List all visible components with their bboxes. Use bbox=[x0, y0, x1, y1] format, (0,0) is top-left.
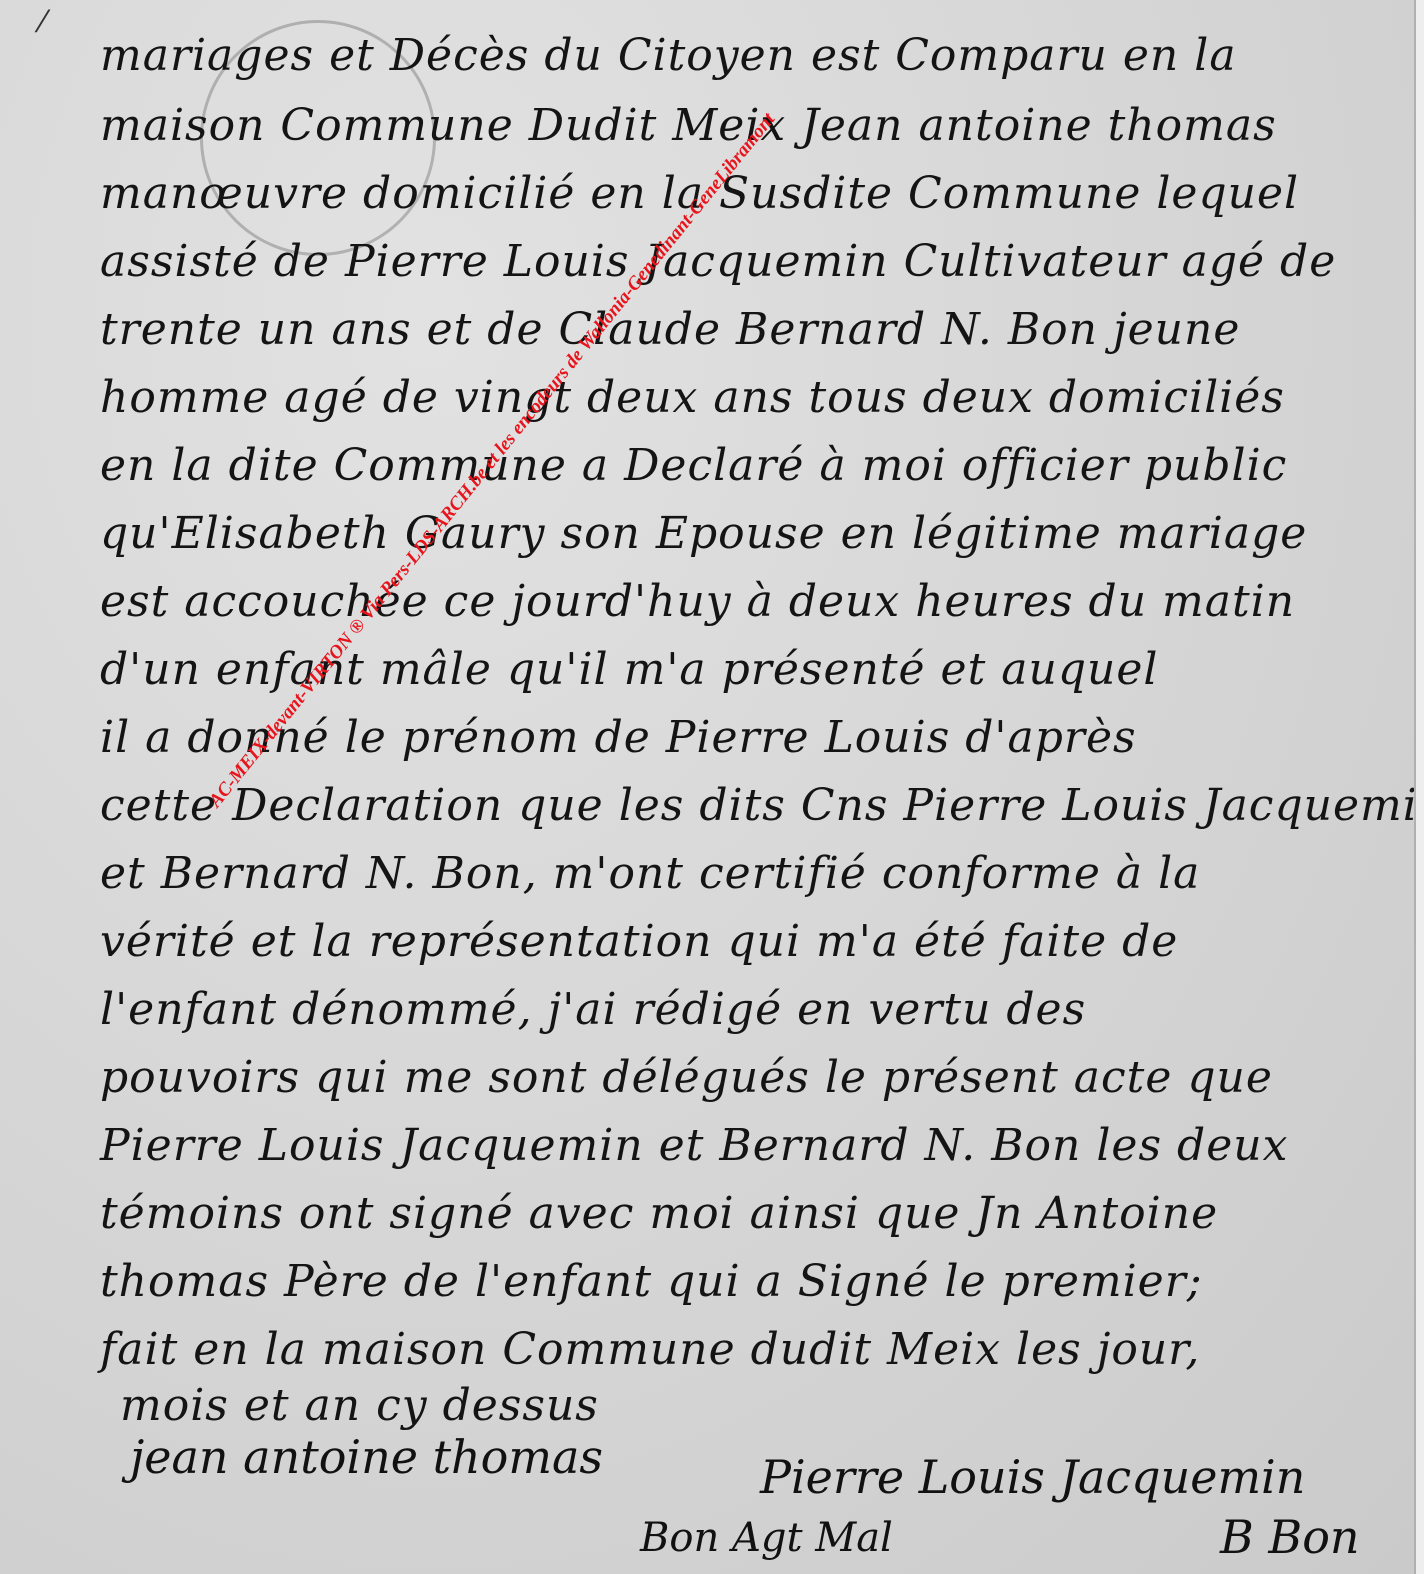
text-line-8: qu'Elisabeth Gaury son Epouse en légitim… bbox=[100, 508, 1307, 559]
text-line-1: mariages et Décès du Citoyen est Comparu… bbox=[100, 30, 1237, 81]
text-line-5: trente un ans et de Claude Bernard N. Bo… bbox=[100, 304, 1240, 355]
text-line-9: est accouchée ce jourd'huy à deux heures… bbox=[100, 576, 1295, 627]
signature-witness-jacquemin: Pierre Louis Jacquemin bbox=[760, 1450, 1305, 1504]
text-line-20: fait en la maison Commune dudit Meix les… bbox=[100, 1324, 1200, 1375]
signature-father: jean antoine thomas bbox=[130, 1430, 603, 1484]
text-line-10: d'un enfant mâle qu'il m'a présenté et a… bbox=[100, 644, 1158, 695]
text-line-18: témoins ont signé avec moi ainsi que Jn … bbox=[100, 1188, 1218, 1239]
text-line-13: et Bernard N. Bon, m'ont certifié confor… bbox=[100, 848, 1200, 899]
page-edge bbox=[1414, 0, 1424, 1574]
text-line-2: maison Commune Dudit Meix Jean antoine t… bbox=[100, 100, 1277, 151]
text-line-15: l'enfant dénommé, j'ai rédigé en vertu d… bbox=[100, 984, 1086, 1035]
text-line-17: Pierre Louis Jacquemin et Bernard N. Bon… bbox=[100, 1120, 1288, 1171]
signature-witness-bon: B Bon bbox=[1220, 1510, 1360, 1564]
text-line-21: mois et an cy dessus bbox=[120, 1380, 599, 1431]
text-line-6: homme agé de vingt deux ans tous deux do… bbox=[100, 372, 1285, 423]
text-line-19: thomas Père de l'enfant qui a Signé le p… bbox=[100, 1256, 1203, 1307]
text-line-4: assisté de Pierre Louis Jacquemin Cultiv… bbox=[100, 236, 1336, 287]
signature-mayor: Bon Agt Mal bbox=[640, 1515, 893, 1561]
text-line-14: vérité et la représentation qui m'a été … bbox=[100, 916, 1178, 967]
document-scan: ⁄ mariages et Décès du Citoyen est Compa… bbox=[0, 0, 1424, 1574]
margin-mark: ⁄ bbox=[40, 5, 45, 40]
text-line-12: cette Declaration que les dits Cns Pierr… bbox=[100, 780, 1424, 831]
text-line-16: pouvoirs qui me sont délégués le présent… bbox=[100, 1052, 1273, 1103]
text-line-7: en la dite Commune a Declaré à moi offic… bbox=[100, 440, 1287, 491]
